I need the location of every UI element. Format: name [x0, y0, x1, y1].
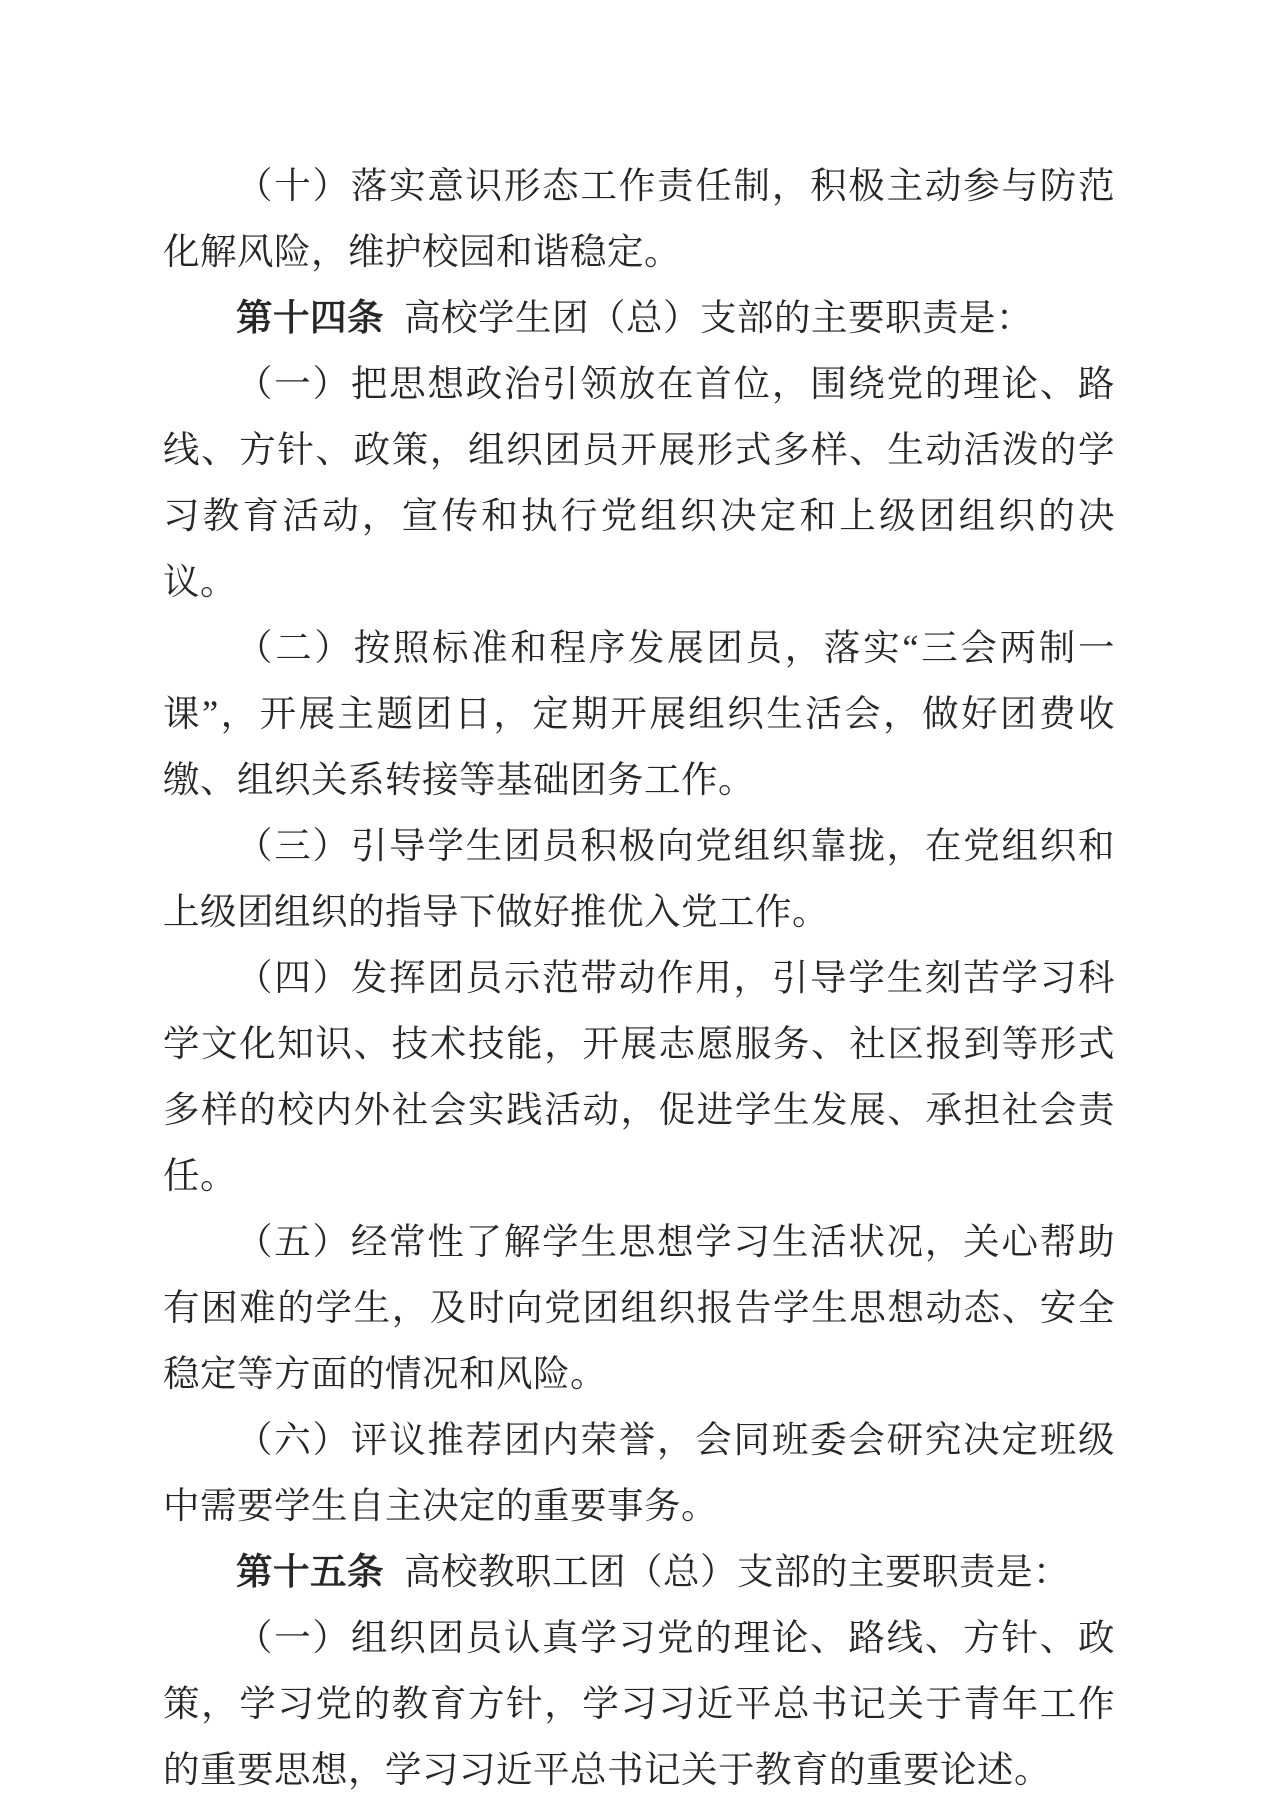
paragraph-item-5: （五）经常性了解学生思想学习生活状况，关心帮助有困难的学生，及时向党团组织报告学… — [163, 1209, 1115, 1407]
paragraph-item-6: （六）评议推荐团内荣誉，会同班委会研究决定班级中需要学生自主决定的重要事务。 — [163, 1407, 1115, 1539]
paragraph-text: 高校教职工团（总）支部的主要职责是： — [404, 1551, 1070, 1592]
paragraph-text: （三）引导学生团员积极向党组织靠拢，在党组织和上级团组织的指导下做好推优入党工作… — [163, 825, 1115, 932]
document-page: （十）落实意识形态工作责任制，积极主动参与防范化解风险，维护校园和谐稳定。 第十… — [0, 0, 1279, 1810]
paragraph-article-15-heading: 第十五条高校教职工团（总）支部的主要职责是： — [163, 1539, 1115, 1605]
paragraph-text: （五）经常性了解学生思想学习生活状况，关心帮助有困难的学生，及时向党团组织报告学… — [163, 1221, 1115, 1394]
paragraph-text: （四）发挥团员示范带动作用，引导学生刻苦学习科学文化知识、技术技能，开展志愿服务… — [163, 957, 1115, 1196]
paragraph-text: （一）把思想政治引领放在首位，围绕党的理论、路线、方针、政策，组织团员开展形式多… — [163, 363, 1115, 602]
paragraph-item-10: （十）落实意识形态工作责任制，积极主动参与防范化解风险，维护校园和谐稳定。 — [163, 153, 1115, 285]
paragraph-text: （六）评议推荐团内荣誉，会同班委会研究决定班级中需要学生自主决定的重要事务。 — [163, 1419, 1115, 1526]
article-number: 第十四条 — [236, 297, 384, 338]
paragraph-item-2: （二）按照标准和程序发展团员，落实“三会两制一课”，开展主题团日，定期开展组织生… — [163, 615, 1115, 813]
document-body-text: （十）落实意识形态工作责任制，积极主动参与防范化解风险，维护校园和谐稳定。 第十… — [163, 153, 1115, 1803]
paragraph-text: （一）组织团员认真学习党的理论、路线、方针、政策，学习党的教育方针，学习习近平总… — [163, 1617, 1115, 1790]
paragraph-item-3: （三）引导学生团员积极向党组织靠拢，在党组织和上级团组织的指导下做好推优入党工作… — [163, 813, 1115, 945]
paragraph-article-14-heading: 第十四条高校学生团（总）支部的主要职责是： — [163, 285, 1115, 351]
paragraph-text: （二）按照标准和程序发展团员，落实“三会两制一课”，开展主题团日，定期开展组织生… — [163, 627, 1115, 800]
paragraph-text: （十）落实意识形态工作责任制，积极主动参与防范化解风险，维护校园和谐稳定。 — [163, 165, 1115, 272]
article-number: 第十五条 — [236, 1551, 384, 1592]
paragraph-item-1-article-15: （一）组织团员认真学习党的理论、路线、方针、政策，学习党的教育方针，学习习近平总… — [163, 1605, 1115, 1803]
paragraph-item-4: （四）发挥团员示范带动作用，引导学生刻苦学习科学文化知识、技术技能，开展志愿服务… — [163, 945, 1115, 1209]
paragraph-text: 高校学生团（总）支部的主要职责是： — [404, 297, 1033, 338]
paragraph-item-1: （一）把思想政治引领放在首位，围绕党的理论、路线、方针、政策，组织团员开展形式多… — [163, 351, 1115, 615]
